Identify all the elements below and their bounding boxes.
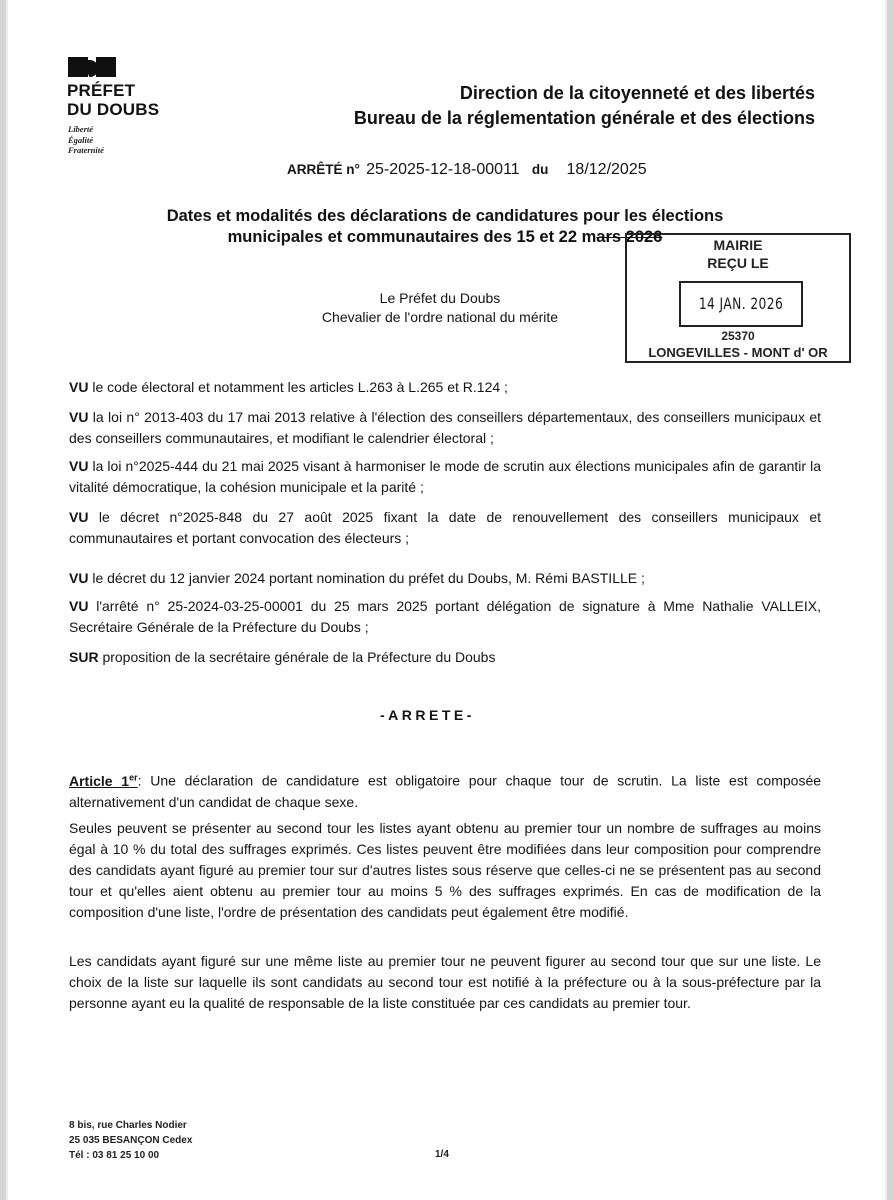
- article-label-sup: er: [129, 772, 138, 782]
- article-label-text: Article 1: [69, 773, 129, 789]
- visa-1: VU le code électoral et notamment les ar…: [69, 377, 821, 398]
- visa-2: VU la loi n° 2013-403 du 17 mai 2013 rel…: [69, 407, 821, 449]
- visa-prefix: VU: [69, 458, 88, 474]
- motto-fraternite: Fraternité: [68, 145, 104, 156]
- title-line2-text: municipales et communautaires des 15 et …: [228, 228, 597, 246]
- motto-liberte: Liberté: [68, 124, 104, 135]
- mairie-reception-stamp: MAIRIE REÇU LE 14 JAN. 2026 25370 LONGEV…: [625, 233, 851, 363]
- visa-sur-proposition: SUR proposition de la secrétaire général…: [69, 647, 821, 668]
- prefecture-logo-title: PRÉFET DU DOUBS: [67, 81, 159, 119]
- article-1-paragraph-2: Seules peuvent se présenter au second to…: [69, 818, 821, 923]
- visa-6: VU l'arrêté n° 25-2024-03-25-00001 du 25…: [69, 596, 821, 638]
- stamp-recu-le: REÇU LE: [627, 255, 849, 271]
- visa-text: l'arrêté n° 25-2024-03-25-00001 du 25 ma…: [69, 598, 821, 635]
- logo-title-line1: PRÉFET: [67, 81, 159, 100]
- page-edge-right: [887, 0, 893, 1200]
- page-edge-left: [0, 0, 6, 1200]
- prefet-line2: Chevalier de l'ordre national du mérite: [300, 308, 580, 327]
- visa-text: le décret n°2025-848 du 27 août 2025 fix…: [69, 509, 821, 546]
- visa-prefix: VU: [69, 409, 88, 425]
- bureau-name: Bureau de la réglementation générale et …: [354, 106, 815, 131]
- visa-text: la loi n° 2013-403 du 17 mai 2013 relati…: [69, 409, 821, 446]
- arrete-label: ARRÊTÉ n°: [287, 162, 360, 177]
- motto-egalite: Égalité: [68, 135, 104, 146]
- address-city: 25 035 BESANÇON Cedex: [69, 1133, 192, 1148]
- arrete-heading: -ARRETE-: [380, 707, 475, 723]
- article-1-paragraph-1: Une déclaration de candidature est oblig…: [69, 773, 821, 810]
- address-street: 8 bis, rue Charles Nodier: [69, 1118, 192, 1133]
- article-separator: :: [138, 773, 151, 789]
- logo-title-line2: DU DOUBS: [67, 100, 159, 119]
- paragraph-text: Seules peuvent se présenter au second to…: [69, 820, 821, 920]
- article-1-intro: Article 1er: Une déclaration de candidat…: [69, 767, 821, 813]
- visa-prefix: SUR: [69, 649, 99, 665]
- stamp-town: LONGEVILLES - MONT d' OR: [627, 345, 849, 360]
- republic-motto: Liberté Égalité Fraternité: [68, 124, 104, 156]
- article-1-label: Article 1er: [69, 773, 138, 789]
- page-number: 1/4: [435, 1149, 449, 1160]
- visa-prefix: VU: [69, 598, 88, 614]
- title-line1: Dates et modalités des déclarations de c…: [115, 206, 775, 227]
- address-phone: Tél : 03 81 25 10 00: [69, 1148, 192, 1163]
- arrete-reference: ARRÊTÉ n° 25-2025-12-18-00011 du 18/12/2…: [287, 161, 647, 179]
- stamp-date: 14 JAN. 2026: [690, 294, 792, 313]
- paragraph-text: Les candidats ayant figuré sur une même …: [69, 953, 821, 1011]
- arrete-number: 25-2025-12-18-00011: [366, 161, 520, 178]
- visa-prefix: VU: [69, 379, 88, 395]
- prefet-designation: Le Préfet du Doubs Chevalier de l'ordre …: [300, 289, 580, 327]
- marianne-logo-icon: [68, 57, 120, 79]
- visa-text: le décret du 12 janvier 2024 portant nom…: [88, 570, 644, 586]
- visa-text: le code électoral et notamment les artic…: [88, 379, 507, 395]
- visa-3: VU la loi n°2025-444 du 21 mai 2025 visa…: [69, 456, 821, 498]
- article-1-paragraph-3: Les candidats ayant figuré sur une même …: [69, 951, 821, 1014]
- issuing-department: Direction de la citoyenneté et des liber…: [354, 81, 815, 131]
- visa-text: proposition de la secrétaire générale de…: [99, 649, 496, 665]
- stamp-mairie: MAIRIE: [627, 237, 849, 253]
- visa-4: VU le décret n°2025-848 du 27 août 2025 …: [69, 507, 821, 549]
- prefet-line1: Le Préfet du Doubs: [300, 289, 580, 308]
- arrete-du-label: du: [532, 162, 549, 177]
- visa-prefix: VU: [69, 570, 88, 586]
- visa-text: la loi n°2025-444 du 21 mai 2025 visant …: [69, 458, 821, 495]
- visa-prefix: VU: [69, 509, 88, 525]
- visa-5: VU le décret du 12 janvier 2024 portant …: [69, 568, 821, 589]
- prefecture-address: 8 bis, rue Charles Nodier 25 035 BESANÇO…: [69, 1118, 192, 1163]
- arrete-date: 18/12/2025: [567, 161, 647, 178]
- direction-name: Direction de la citoyenneté et des liber…: [354, 81, 815, 106]
- stamp-date-box: 14 JAN. 2026: [679, 281, 803, 327]
- stamp-zip: 25370: [627, 329, 849, 343]
